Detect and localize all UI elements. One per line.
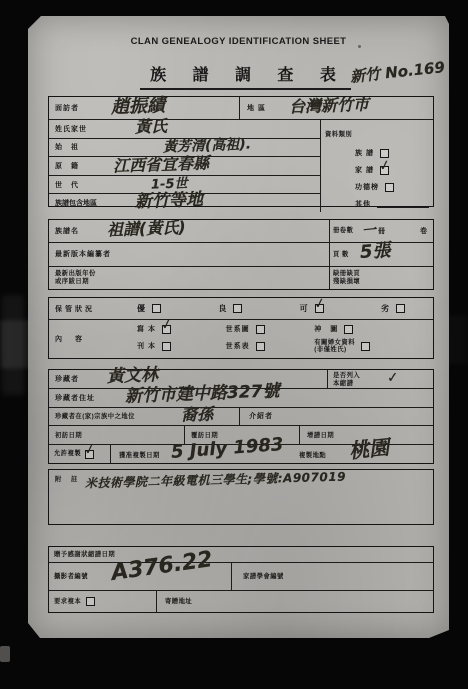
condition-option: 可 ✓: [300, 303, 324, 314]
region-value: 台灣新竹市: [289, 97, 370, 116]
region-label: 地 區: [247, 103, 287, 113]
condition-row: 保管狀況 優 ✓ 良 ✓ 可 ✓ 劣 ✓: [49, 298, 433, 320]
areas-label: 族譜包含地區: [49, 198, 135, 208]
society-number-label: 家譜學會編號: [243, 573, 284, 581]
permission-cell: 允許複製 ✓: [49, 445, 111, 463]
category-option: 家 譜 ✓: [355, 165, 429, 175]
volume-count-label: 冊卷數: [330, 227, 362, 235]
volume-count-cell: 冊卷數 一 冊 卷: [329, 220, 433, 242]
year-label-1: 最新出版年份: [55, 270, 329, 278]
column-divider: [299, 426, 300, 444]
note-table: 附 註 米技術學院二年級電机三學生;學號:A907019: [48, 469, 434, 525]
form-row: 族譜包含地區 新竹等地: [49, 194, 320, 212]
content-option: 世系圖 ✓: [226, 324, 315, 334]
basic-left-column: 姓氏家世 黃氏 始 祖 黃芳清(高祖). 原 籍 江西省宜春縣 世 代 1-5世…: [49, 120, 320, 212]
category-option-label: 族 譜: [355, 148, 374, 158]
visitor-value: 趙振績: [111, 97, 166, 117]
holder-label: 珍藏者: [49, 374, 107, 384]
missing-label-2: 殘缺損壞: [333, 278, 360, 286]
chinese-title: 族 譜 調 查 表: [140, 62, 351, 90]
pages-label: 頁 數: [330, 251, 360, 259]
category-options: 族 譜 ✓ 家 譜 ✓ 功德榜 ✓ 其他: [355, 148, 429, 209]
origin-value: 江西省宜春縣: [113, 155, 210, 174]
contents-options: 寫 本 ✓ 世系圖 ✓ 神 圖 ✓ 刊 本 ✓ 世系表 ✓: [137, 320, 433, 358]
editor-pages-row: 最新版本編纂者 頁 數 5張: [49, 243, 433, 266]
contents-label: 內 容: [49, 334, 137, 344]
form-paper: CLAN GENEALOGY IDENTIFICATION SHEET 族 譜 …: [28, 16, 449, 638]
women-option-sublabel: (非僅姓氏): [314, 346, 355, 354]
column-divider: [231, 563, 232, 590]
checkbox: ✓: [344, 325, 353, 334]
permission-label: 允許複製: [54, 450, 81, 458]
scanned-microfilm-page: { "meta": { "english_title": "CLAN GENEA…: [0, 0, 468, 689]
unit-ce: 冊: [378, 226, 386, 236]
condition-option-label: 可: [300, 303, 309, 314]
first-visit-label: 初訪日期: [49, 432, 184, 440]
content-option-women: 有關婦女資料 (非僅姓氏) ✓: [314, 339, 425, 354]
category-option-label: 家 譜: [355, 165, 374, 175]
pages-cell: 頁 數 5張: [329, 243, 433, 265]
condition-options: 優 ✓ 良 ✓ 可 ✓ 劣 ✓: [137, 303, 433, 314]
form-row: 原 籍 江西省宜春縣: [49, 157, 320, 176]
checkbox: ✓: [396, 304, 405, 313]
admin-table: 贈予感謝狀縮譜日期 攝影者編號 A376.22 家譜學會編號 要求複本 ✓ 寄贈…: [48, 546, 434, 613]
column-divider: [239, 97, 240, 119]
content-option: 神 圖 ✓: [314, 324, 425, 334]
content-option: 刊 本 ✓: [137, 341, 226, 351]
missing-labels: 缺冊缺頁 殘缺損壞: [330, 270, 360, 285]
basic-info-table: 面訪者 趙振績 地 區 台灣新竹市 姓氏家世 黃氏 始 祖 黃芳清(高祖). 原…: [48, 96, 434, 207]
category-option: 功德榜 ✓: [355, 182, 429, 192]
copy-permission-row: 允許複製 ✓ 獲准複製日期 5 July 1983 複製地點 桃園: [49, 445, 433, 463]
surname-label: 姓氏家世: [49, 124, 135, 134]
volume-info-table: 族譜名 祖譜(黃氏) 冊卷數 一 冊 卷 最新版本編纂者 頁 數 5張 最新出版…: [48, 219, 434, 290]
copy-place-value: 桃園: [348, 437, 390, 461]
category-option: 族 譜 ✓: [355, 148, 429, 158]
content-option-label: 世系表: [226, 341, 250, 351]
update-date-label: 增譜日期: [307, 432, 334, 440]
note-value: 米技術學院二年級電机三學生;學號:A907019: [85, 471, 346, 490]
address-row: 珍藏者住址 新竹市建中路327號: [49, 389, 433, 408]
listed-check-handwritten: ✓: [387, 371, 400, 386]
condition-option: 劣 ✓: [381, 303, 405, 314]
editor-label: 最新版本編纂者: [49, 249, 329, 259]
areas-value: 新竹等地: [135, 191, 204, 210]
women-option-labels: 有關婦女資料 (非僅姓氏): [314, 339, 355, 354]
content-option: 世系表 ✓: [226, 341, 315, 351]
note-label: 附 註: [55, 476, 81, 484]
surname-value: 黃氏: [135, 118, 168, 135]
contents-row: 內 容 寫 本 ✓ 世系圖 ✓ 神 圖 ✓ 刊 本 ✓: [49, 320, 433, 358]
condition-option-label: 良: [218, 303, 227, 314]
checkbox: ✓: [361, 342, 370, 351]
condition-option-label: 優: [137, 303, 146, 314]
condition-table: 保管狀況 優 ✓ 良 ✓ 可 ✓ 劣 ✓: [48, 297, 434, 359]
photographer-number-label: 攝影者編號: [49, 573, 117, 581]
content-option-label: 世系圖: [226, 324, 250, 334]
request-copy-cell: 要求複本 ✓: [49, 591, 157, 612]
checkbox: ✓: [86, 597, 95, 606]
english-title: CLAN GENEALOGY IDENTIFICATION SHEET: [28, 36, 449, 47]
position-label: 珍藏者在(家)宗族中之地位: [49, 413, 181, 421]
copy-place-label: 複製地點: [299, 452, 326, 460]
volume-count-value: 一: [361, 223, 376, 238]
unit-juan: 卷: [420, 226, 433, 236]
content-option-label: 刊 本: [137, 341, 156, 351]
category-option-label: 功德榜: [355, 182, 379, 192]
category-other-label: 其他: [355, 199, 371, 209]
basic-body: 姓氏家世 黃氏 始 祖 黃芳清(高祖). 原 籍 江西省宜春縣 世 代 1-5世…: [49, 120, 433, 212]
genealogy-name-label: 族譜名: [49, 226, 107, 236]
missing-label-1: 缺冊缺頁: [333, 270, 360, 278]
genealogy-name-value: 祖譜(黃氏): [107, 220, 186, 239]
copy-date-value: 5 July 1983: [171, 436, 285, 462]
film-edge-notch: [0, 646, 10, 662]
holder-value: 黃文林: [107, 367, 159, 386]
generations-label: 世 代: [49, 180, 135, 190]
photographer-row: 攝影者編號 A376.22 家譜學會編號: [49, 563, 433, 591]
mail-address-label: 寄贈地址: [157, 598, 192, 606]
gift-date-row: 贈予感謝狀縮譜日期: [49, 547, 433, 563]
year-missing-row: 最新出版年份 或序跋日期 缺冊缺頁 殘缺損壞: [49, 267, 433, 289]
condition-option: 良 ✓: [218, 303, 242, 314]
content-option: 寫 本 ✓: [137, 324, 226, 334]
checkbox: ✓: [152, 304, 161, 313]
check-icon: ✓: [377, 156, 392, 174]
checkbox: ✓: [385, 183, 394, 192]
fill-in-line: [377, 200, 429, 208]
checkbox: ✓: [256, 325, 265, 334]
check-icon: ✓: [312, 295, 327, 313]
address-value: 新竹市建中路327號: [125, 383, 280, 405]
listed-labels: 是否列入 本縮譜: [333, 372, 360, 387]
missing-cell: 缺冊缺頁 殘缺損壞: [329, 267, 433, 289]
content-option-label: 神 圖: [314, 324, 338, 334]
category-other: 其他: [355, 199, 429, 209]
form-row: 姓氏家世 黃氏: [49, 120, 320, 139]
copy-date-label: 獲准複製日期: [119, 452, 160, 460]
visitor-label: 面訪者: [49, 103, 111, 113]
condition-option-label: 劣: [381, 303, 390, 314]
checkbox: ✓: [315, 304, 324, 313]
pages-value: 5張: [359, 242, 391, 262]
listed-label-1: 是否列入: [333, 372, 360, 380]
checkbox: ✓: [162, 342, 171, 351]
category-cell: 資料類別 族 譜 ✓ 家 譜 ✓ 功德榜 ✓ 其他: [320, 120, 433, 212]
condition-label: 保管狀況: [49, 304, 137, 314]
holder-table: 珍藏者 黃文林 是否列入 本縮譜 ✓ 珍藏者住址 新竹市建中路327號 珍藏者在…: [48, 369, 434, 464]
request-copy-label: 要求複本: [54, 598, 81, 606]
position-value: 裔孫: [181, 407, 214, 424]
introducer-label: 介紹者: [249, 411, 273, 421]
checkbox: ✓: [85, 450, 94, 459]
paper-speck: [358, 45, 361, 48]
gift-date-label: 贈予感謝狀縮譜日期: [49, 551, 115, 559]
column-divider: [327, 370, 328, 388]
checkbox: ✓: [380, 166, 389, 175]
checkbox: ✓: [233, 304, 242, 313]
request-copy-row: 要求複本 ✓ 寄贈地址: [49, 591, 433, 612]
first-ancestor-label: 始 祖: [49, 142, 135, 152]
content-option-label: 寫 本: [137, 324, 156, 334]
year-labels: 最新出版年份 或序跋日期: [49, 270, 329, 285]
listed-label-2: 本縮譜: [333, 380, 360, 388]
column-divider: [239, 408, 240, 426]
address-label: 珍藏者住址: [49, 393, 125, 403]
checkbox: ✓: [162, 325, 171, 334]
checkbox: ✓: [256, 342, 265, 351]
condition-option: 優 ✓: [137, 303, 161, 314]
visitor-region-row: 面訪者 趙振績 地 區 台灣新竹市: [49, 97, 433, 120]
category-title: 資料類別: [325, 131, 352, 138]
year-label-2: 或序跋日期: [55, 278, 329, 286]
position-row: 珍藏者在(家)宗族中之地位 裔孫 介紹者: [49, 408, 433, 427]
title-volumes-row: 族譜名 祖譜(黃氏) 冊卷數 一 冊 卷: [49, 220, 433, 243]
film-edge-smudge: [2, 295, 24, 395]
